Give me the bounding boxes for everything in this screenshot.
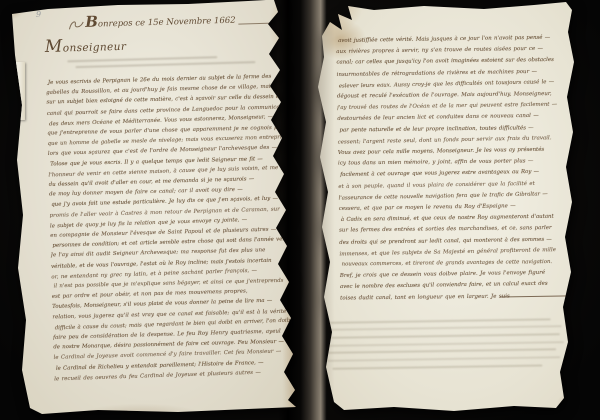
showthrough-line	[332, 364, 542, 369]
corner-ink-mark: ✱	[13, 8, 19, 16]
left-page: ✱ 9 Bonrepos ce 15e Novembre 1662 Monsei…	[8, 0, 304, 416]
left-page-text: Bonrepos ce 15e Novembre 1662 Monseigneu…	[44, 7, 294, 384]
right-page: avoit justiffiée cette vérité. Mais jusq…	[304, 2, 584, 416]
right-page-text: avoit justiffiée cette vérité. Mais jusq…	[336, 30, 576, 300]
showthrough-line	[328, 349, 556, 355]
repair-tab	[5, 62, 25, 120]
verso-showthrough	[326, 312, 567, 370]
left-page-wrapper: ✱ 9 Bonrepos ce 15e Novembre 1662 Monsei…	[8, 0, 304, 416]
dateline-row: Bonrepos ce 15e Novembre 1662	[68, 7, 280, 31]
showthrough-line	[326, 318, 551, 324]
pencil-folio-mark: 9	[36, 10, 41, 19]
dateline: Bonrepos ce 15e Novembre 1662	[85, 9, 236, 31]
showthrough-line	[326, 341, 564, 347]
right-page-wrapper: avoit justiffiée cette vérité. Mais jusq…	[304, 2, 584, 416]
salutation: Monseigneur	[45, 30, 285, 57]
showthrough-line	[330, 333, 560, 339]
manuscript-lines-right: avoit justiffiée cette vérité. Mais jusq…	[336, 32, 576, 305]
showthrough-line	[67, 56, 217, 62]
showthrough-line	[75, 61, 255, 68]
calligraphic-flourish-icon	[68, 19, 84, 31]
manuscript-photo: ✱ 9 Bonrepos ce 15e Novembre 1662 Monsei…	[0, 0, 600, 420]
showthrough-line	[326, 356, 560, 362]
dateline-underline	[239, 22, 281, 24]
manuscript-line: toises dudit canal, tant en longueur que…	[340, 290, 576, 304]
manuscript-lines-left: Je vous escrivis de Perpignan le 26e du …	[46, 71, 294, 384]
showthrough-line	[326, 325, 562, 331]
